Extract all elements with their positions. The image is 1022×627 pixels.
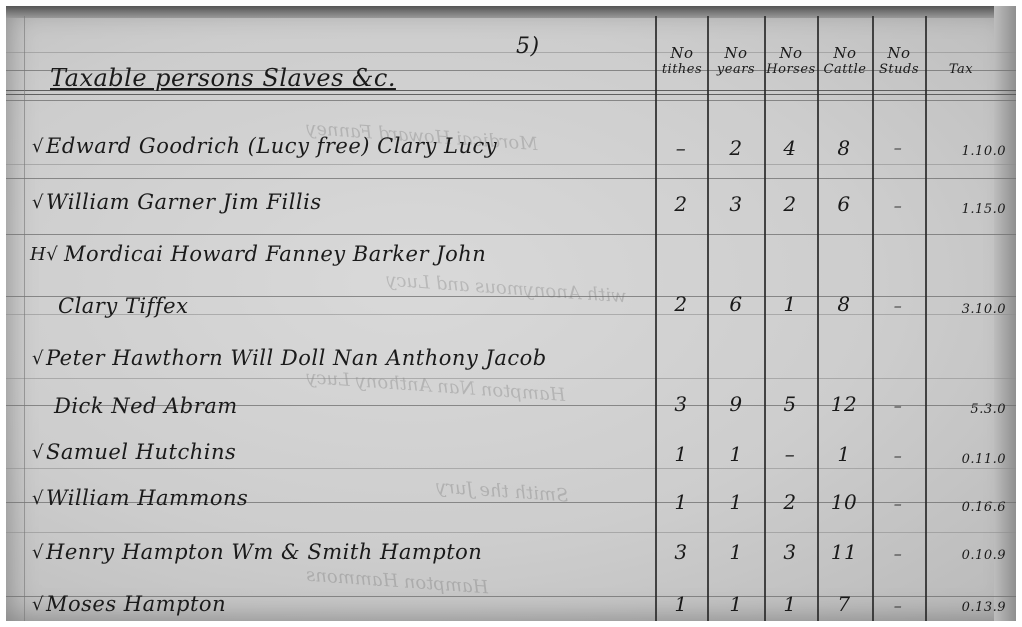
horses-value: 1 bbox=[770, 592, 810, 616]
years-value: 3 bbox=[716, 192, 756, 216]
tax-value: 0.13.9 bbox=[946, 600, 1006, 615]
studs-value: – bbox=[878, 396, 918, 415]
studs-value: – bbox=[878, 596, 918, 615]
page-heading: Taxable persons Slaves &c. bbox=[50, 64, 396, 92]
rule-line bbox=[6, 234, 1016, 235]
taxpayer-name: William Hammons bbox=[46, 486, 248, 510]
horses-value: 5 bbox=[770, 392, 810, 416]
checkmark: √ bbox=[32, 442, 44, 463]
years-value: 9 bbox=[716, 392, 756, 416]
cattle-value: 7 bbox=[824, 592, 864, 616]
taxpayer-name: Edward Goodrich (Lucy free) Clary Lucy bbox=[46, 134, 497, 158]
ledger-page: Mordicai Howard Fanney with Anonymous an… bbox=[6, 6, 1016, 621]
cattle-value: 1 bbox=[824, 442, 864, 466]
page-top-edge bbox=[6, 6, 1016, 18]
studs-value: – bbox=[878, 494, 918, 513]
taxpayer-name: Mordicai Howard Fanney Barker John bbox=[64, 242, 486, 266]
cattle-value: 6 bbox=[824, 192, 864, 216]
taxpayer-name: Peter Hawthorn Will Doll Nan Anthony Jac… bbox=[46, 346, 547, 370]
checkmark: √ bbox=[32, 192, 44, 213]
studs-value: – bbox=[878, 138, 918, 157]
tax-value: 1.15.0 bbox=[946, 202, 1006, 217]
column-header-cattle: No Cattle bbox=[820, 44, 870, 77]
tithes-value: – bbox=[661, 136, 701, 160]
column-header-horses: No Horses bbox=[766, 44, 816, 77]
checkmark: √ bbox=[32, 136, 44, 157]
horses-value: 2 bbox=[770, 192, 810, 216]
rule-line bbox=[6, 164, 1016, 165]
margin-line bbox=[24, 16, 25, 621]
years-value: 1 bbox=[716, 442, 756, 466]
tithes-value: 1 bbox=[661, 592, 701, 616]
tax-value: 0.11.0 bbox=[946, 452, 1006, 467]
tithes-value: 1 bbox=[661, 442, 701, 466]
tithes-value: 2 bbox=[661, 192, 701, 216]
bleed-through-text: with Anonymous and Lucy bbox=[386, 270, 628, 308]
tax-value: 3.10.0 bbox=[946, 302, 1006, 317]
studs-value: – bbox=[878, 446, 918, 465]
cattle-value: 10 bbox=[824, 490, 864, 514]
tithes-value: 2 bbox=[661, 292, 701, 316]
bleed-through-text: Hampton Nan Anthony Lucy bbox=[306, 367, 567, 406]
rule-line bbox=[6, 468, 1016, 469]
column-divider bbox=[764, 16, 766, 621]
studs-value: – bbox=[878, 296, 918, 315]
horses-value: 3 bbox=[770, 540, 810, 564]
tax-value: 0.10.9 bbox=[946, 548, 1006, 563]
taxpayer-name: William Garner Jim Fillis bbox=[46, 190, 322, 214]
studs-value: – bbox=[878, 196, 918, 215]
column-divider bbox=[655, 16, 657, 621]
horses-value: – bbox=[770, 442, 810, 466]
horses-value: 4 bbox=[770, 136, 810, 160]
bleed-through-text: Hampton Hammons bbox=[305, 565, 489, 599]
horses-value: 1 bbox=[770, 292, 810, 316]
column-divider bbox=[872, 16, 874, 621]
tithes-value: 3 bbox=[661, 540, 701, 564]
rule-line bbox=[6, 532, 1016, 533]
column-header-studs: No Studs bbox=[874, 44, 924, 77]
cattle-value: 12 bbox=[824, 392, 864, 416]
tax-value: 1.10.0 bbox=[946, 144, 1006, 159]
column-header-years: No years bbox=[711, 44, 761, 77]
cattle-value: 11 bbox=[824, 540, 864, 564]
column-divider bbox=[817, 16, 819, 621]
checkmark: √ bbox=[32, 488, 44, 509]
studs-value: – bbox=[878, 544, 918, 563]
tithes-value: 3 bbox=[661, 392, 701, 416]
rule-line bbox=[6, 100, 1016, 101]
taxpayer-name: Henry Hampton Wm & Smith Hampton bbox=[46, 540, 482, 564]
taxpayer-name: Moses Hampton bbox=[46, 592, 226, 616]
checkmark: √ bbox=[32, 594, 44, 615]
column-header-tax: Tax bbox=[936, 44, 986, 77]
years-value: 6 bbox=[716, 292, 756, 316]
tithes-value: 1 bbox=[661, 490, 701, 514]
rule-line bbox=[6, 378, 1016, 379]
taxpayer-name-continuation: Dick Ned Abram bbox=[54, 394, 238, 418]
years-value: 1 bbox=[716, 490, 756, 514]
cattle-value: 8 bbox=[824, 292, 864, 316]
taxpayer-name: Samuel Hutchins bbox=[46, 440, 236, 464]
cattle-value: 8 bbox=[824, 136, 864, 160]
tax-value: 5.3.0 bbox=[946, 402, 1006, 417]
checkmark: H√ bbox=[30, 244, 58, 265]
taxpayer-name-continuation: Clary Tiffex bbox=[58, 294, 188, 318]
checkmark: √ bbox=[32, 348, 44, 369]
checkmark: √ bbox=[32, 542, 44, 563]
years-value: 1 bbox=[716, 540, 756, 564]
page-number: 5) bbox=[516, 34, 540, 59]
rule-line bbox=[6, 178, 1016, 179]
horses-value: 2 bbox=[770, 490, 810, 514]
column-divider bbox=[925, 16, 927, 621]
column-divider bbox=[707, 16, 709, 621]
column-header-tithes: No tithes bbox=[657, 44, 707, 77]
years-value: 2 bbox=[716, 136, 756, 160]
years-value: 1 bbox=[716, 592, 756, 616]
tax-value: 0.16.6 bbox=[946, 500, 1006, 515]
